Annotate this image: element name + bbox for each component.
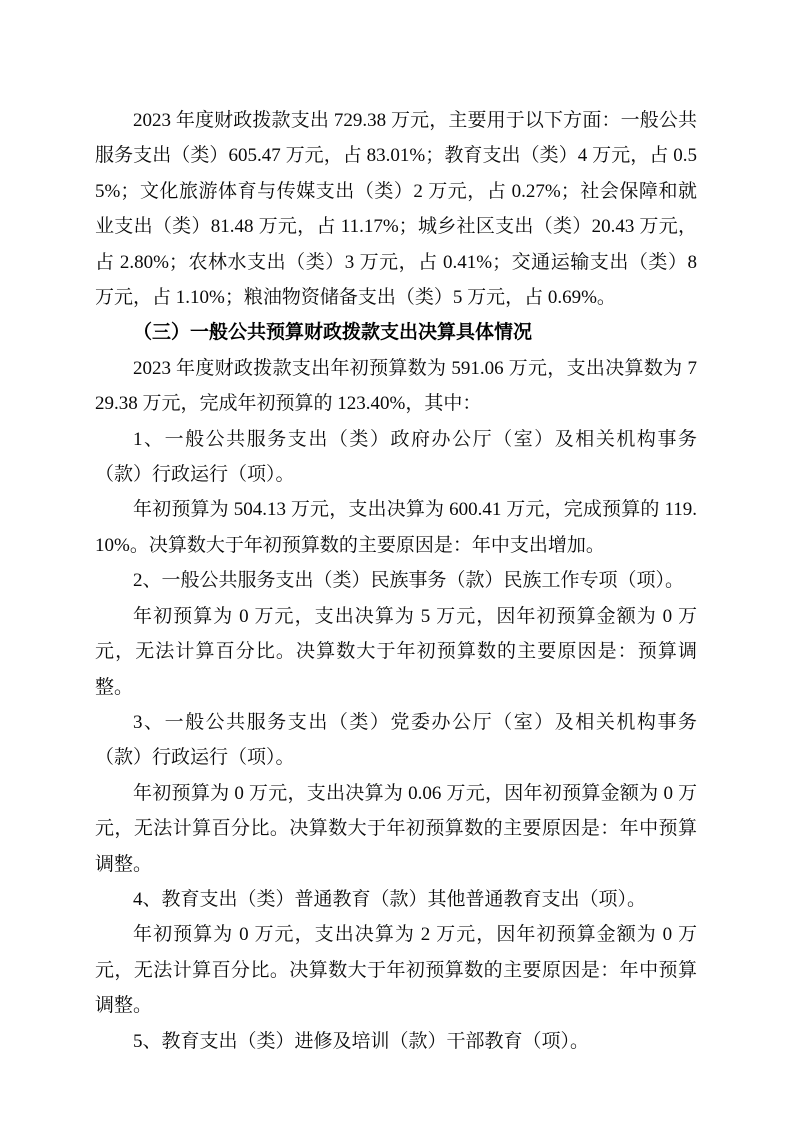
paragraph-item-1-title: 1、一般公共服务支出（类）政府办公厅（室）及相关机构事务（款）行政运行（项）。: [95, 422, 697, 493]
section-heading-fiscal-expenditure-details: （三）一般公共预算财政拨款支出决算具体情况: [95, 315, 697, 350]
paragraph-item-2-detail: 年初预算为 0 万元，支出决算为 5 万元，因年初预算金额为 0 万元，无法计算…: [95, 599, 697, 705]
paragraph-item-5-title: 5、教育支出（类）进修及培训（款）干部教育（项）。: [95, 1024, 697, 1059]
paragraph-budget-vs-final-summary: 2023 年度财政拨款支出年初预算数为 591.06 万元，支出决算数为 729…: [95, 351, 697, 422]
paragraph-item-2-title: 2、一般公共服务支出（类）民族事务（款）民族工作专项（项）。: [95, 563, 697, 598]
document-page: 2023 年度财政拨款支出 729.38 万元，主要用于以下方面：一般公共服务支…: [0, 0, 793, 1122]
paragraph-expenditure-overview: 2023 年度财政拨款支出 729.38 万元，主要用于以下方面：一般公共服务支…: [95, 103, 697, 315]
paragraph-item-1-detail: 年初预算为 504.13 万元，支出决算为 600.41 万元，完成预算的 11…: [95, 492, 697, 563]
paragraph-item-4-title: 4、教育支出（类）普通教育（款）其他普通教育支出（项）。: [95, 882, 697, 917]
paragraph-item-3-title: 3、一般公共服务支出（类）党委办公厅（室）及相关机构事务（款）行政运行（项）。: [95, 705, 697, 776]
document-content: 2023 年度财政拨款支出 729.38 万元，主要用于以下方面：一般公共服务支…: [95, 103, 697, 1059]
paragraph-item-3-detail: 年初预算为 0 万元，支出决算为 0.06 万元，因年初预算金额为 0 万元，无…: [95, 776, 697, 882]
paragraph-item-4-detail: 年初预算为 0 万元，支出决算为 2 万元，因年初预算金额为 0 万元，无法计算…: [95, 917, 697, 1023]
